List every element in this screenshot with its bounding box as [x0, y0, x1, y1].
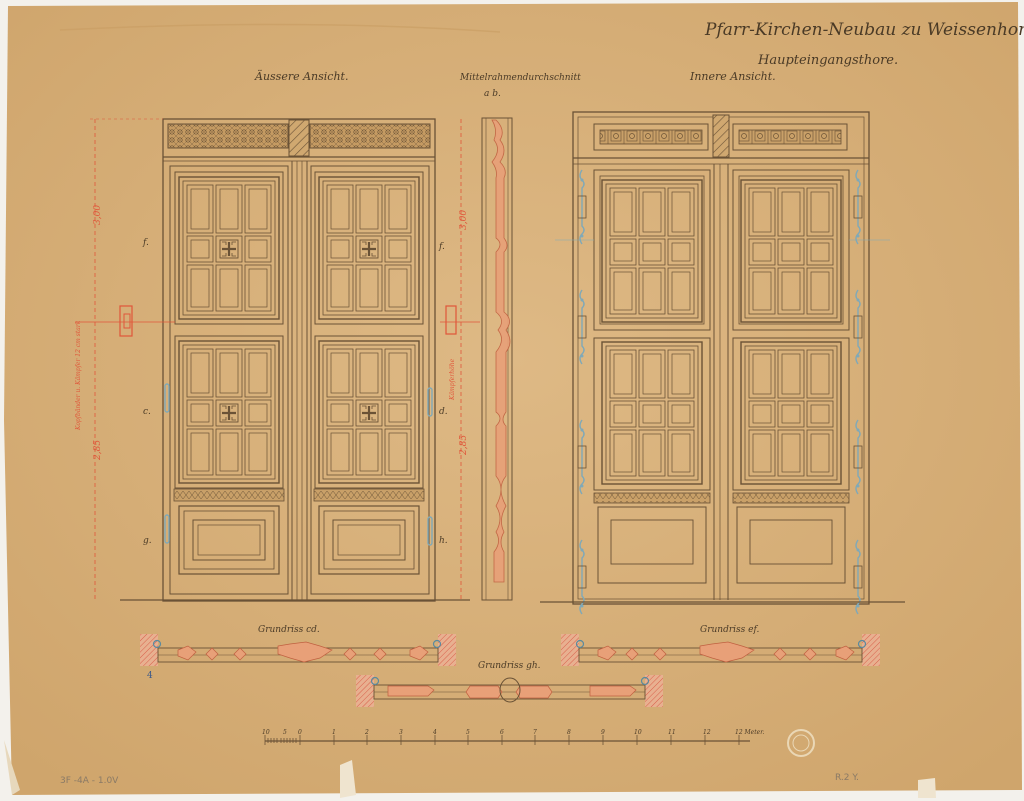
scale-tick: 8	[567, 729, 571, 736]
scale-tick: 7	[533, 729, 537, 736]
mark-h: h.	[439, 536, 448, 546]
archive-ref-left: 3F -4A - 1.0V	[60, 776, 119, 786]
scale-tick: 3	[399, 729, 403, 736]
archive-ref-right: R.2 Y.	[835, 773, 859, 783]
scale-tick: 2	[364, 729, 369, 736]
scale-tick: 5	[283, 729, 287, 736]
plan-cd-label: Grundriss cd.	[258, 625, 320, 635]
right-dimension-note: Kämpferhöhe	[449, 358, 456, 401]
plan-mark: 4	[147, 671, 153, 681]
architectural-drawing-sheet: Pfarr-Kirchen-Neubau zu Weissenhorn. Hau…	[0, 0, 1024, 801]
scale-tick: 1	[332, 729, 336, 736]
drawing-subtitle: Haupteingangsthore.	[757, 53, 898, 68]
scale-tick: 4	[432, 729, 437, 736]
scale-tick: 5	[466, 729, 470, 736]
mark-d: d.	[439, 407, 448, 417]
scale-tick: 11	[668, 729, 676, 736]
mark-f-mid: f.	[438, 242, 445, 252]
scale-tick: 10	[634, 729, 642, 736]
upper-height-dimension-right: 3,00	[459, 210, 469, 230]
mark-g: g.	[143, 536, 152, 546]
lower-height-dimension-right: 2,85	[459, 435, 469, 456]
scale-unit-label: 12 Meter.	[735, 729, 764, 736]
section-view-label: Mittelrahmendurchschnitt	[459, 73, 581, 83]
inner-view-label: Innere Ansicht.	[689, 70, 776, 83]
left-dimension-note: Kopfbänder u. Kämpfer 12 cm stark	[75, 320, 82, 431]
plan-gh-label: Grundriss gh.	[478, 661, 541, 671]
mark-c: c.	[143, 407, 151, 417]
drawing-title: Pfarr-Kirchen-Neubau zu Weissenhorn.	[704, 20, 1024, 40]
mark-f-left: f.	[142, 238, 149, 248]
outer-view-label: Äussere Ansicht.	[254, 69, 348, 83]
scale-tick: 6	[500, 729, 504, 736]
section-view-sublabel: a b.	[484, 89, 501, 99]
upper-height-dimension: 3,00	[93, 205, 103, 225]
scale-tick: 10	[262, 729, 270, 736]
lower-height-dimension: 2,85	[93, 440, 103, 461]
plan-ef-label: Grundriss ef.	[700, 625, 759, 635]
scale-tick: 0	[298, 729, 302, 736]
scale-tick: 9	[601, 729, 605, 736]
scale-tick: 12	[703, 729, 711, 736]
